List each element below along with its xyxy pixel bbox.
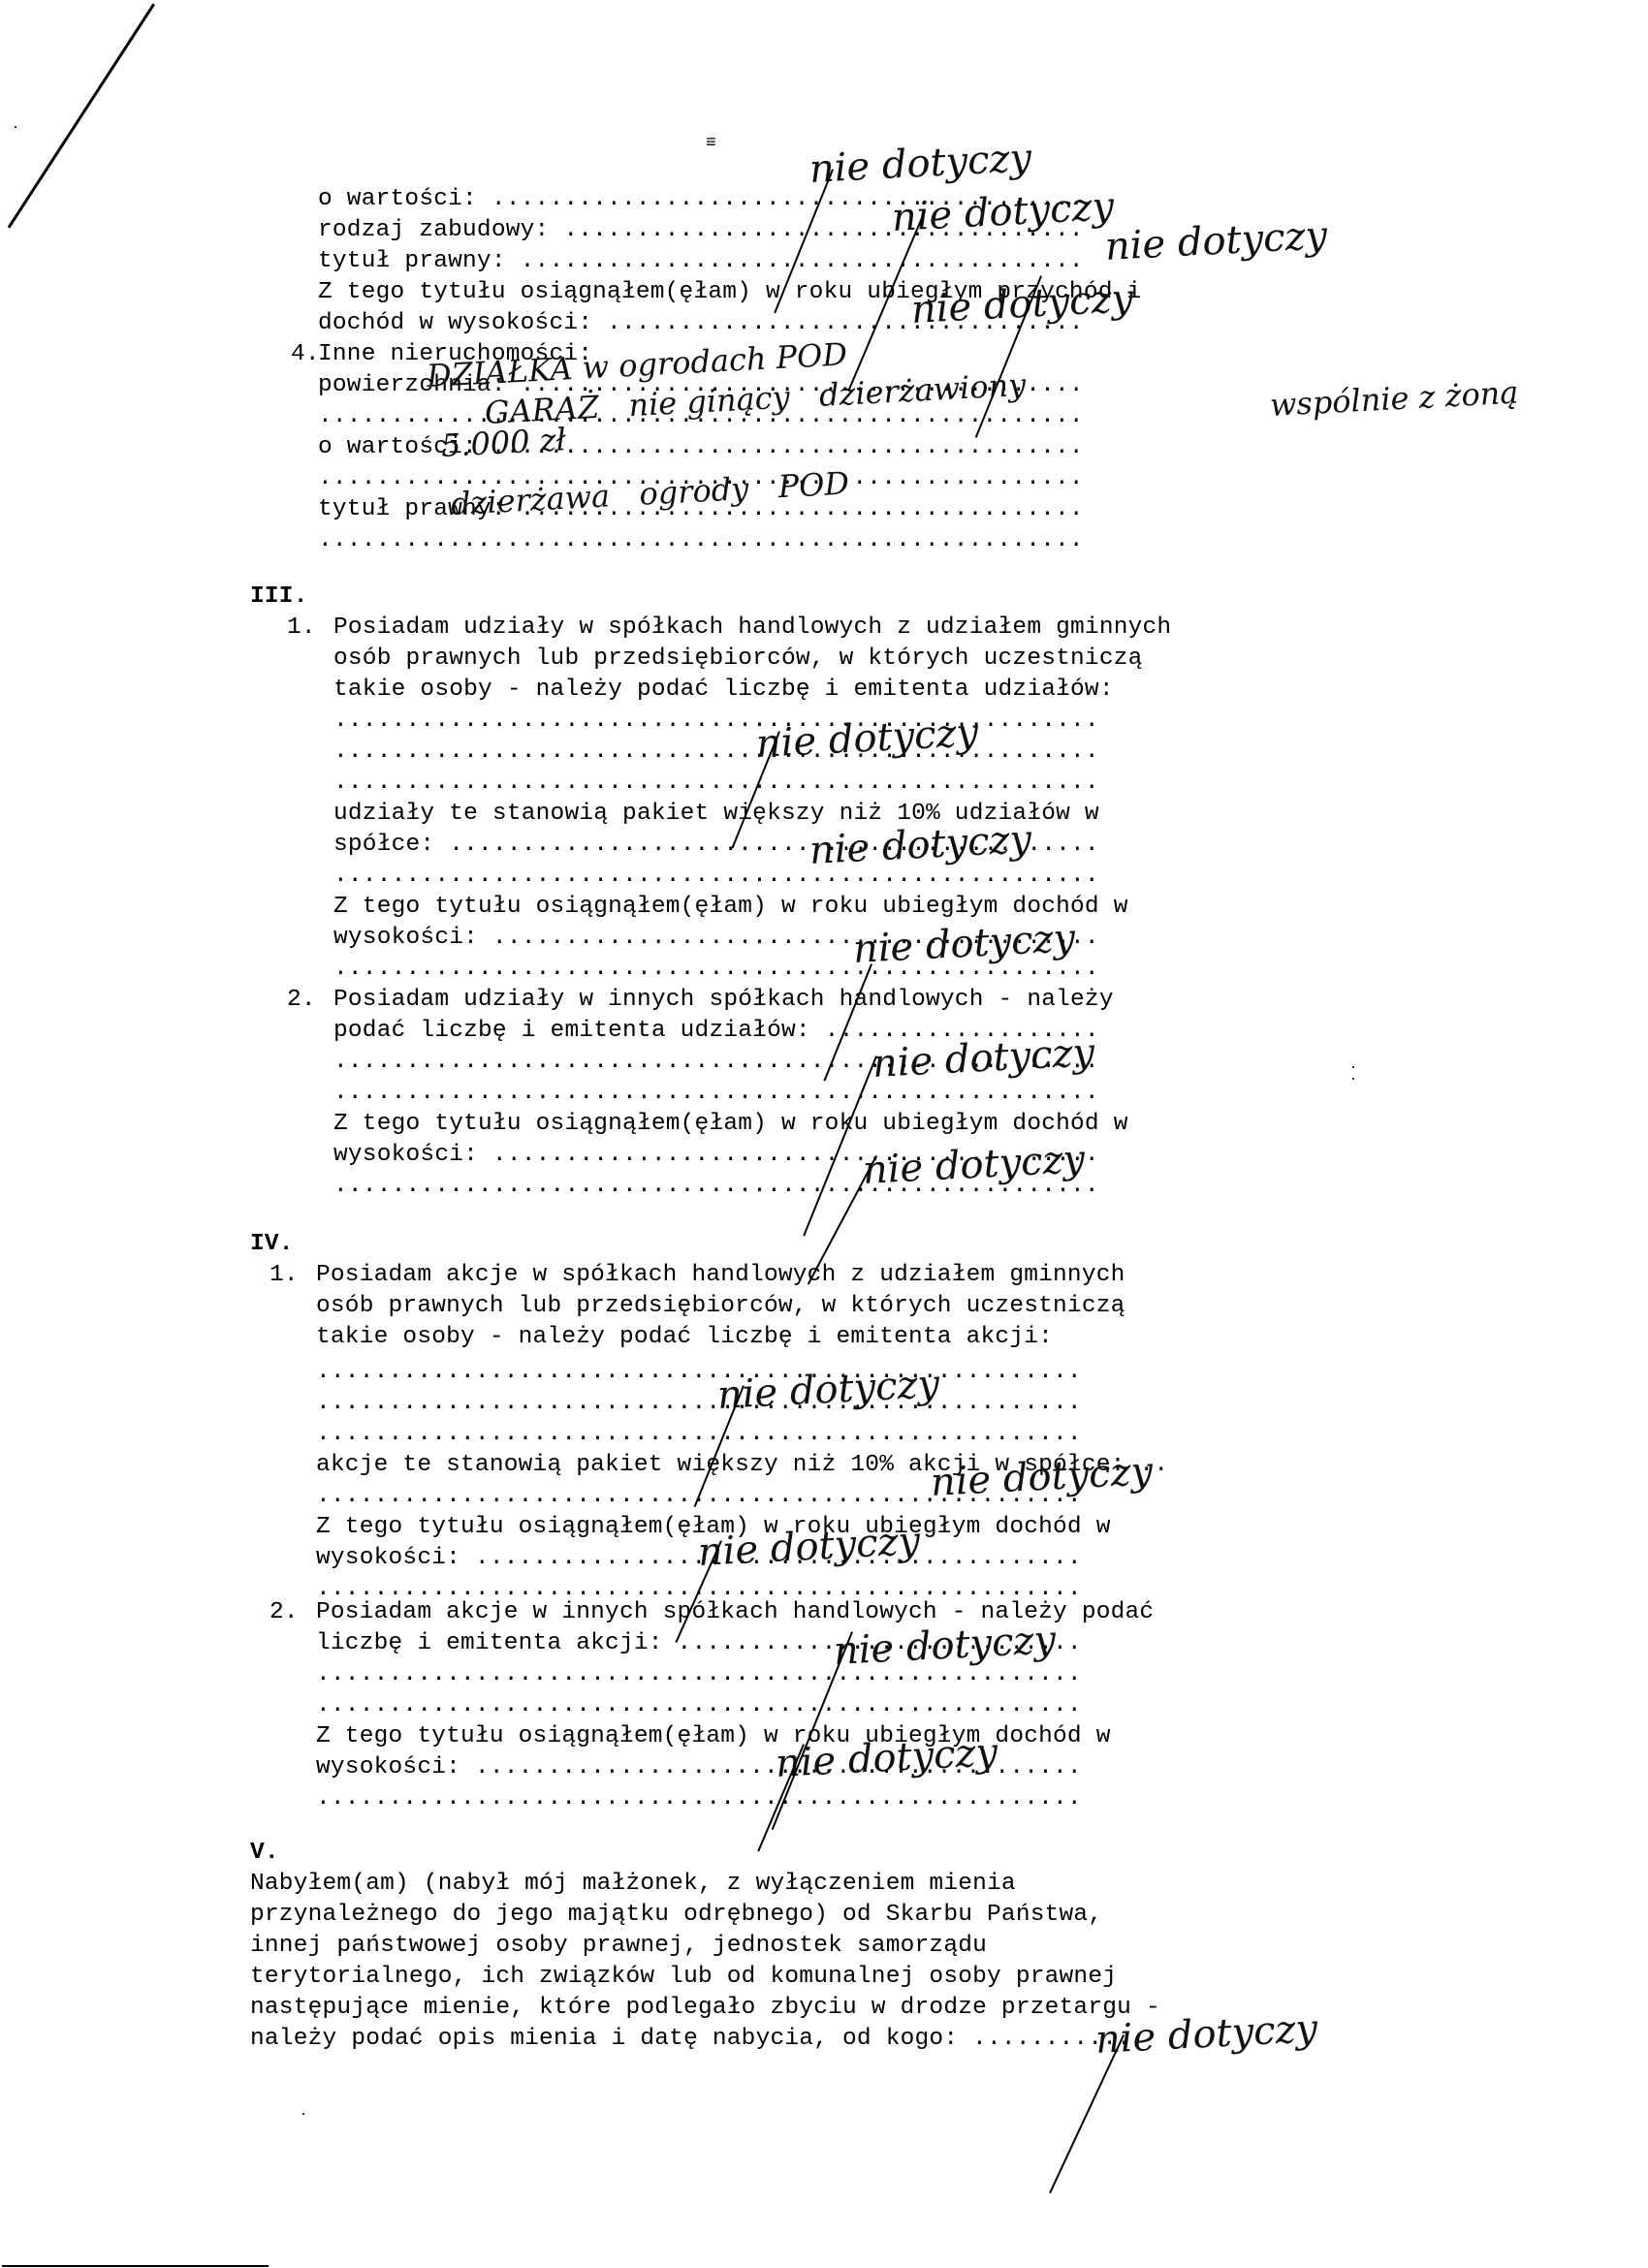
dotted-line: ........................................… [316,1388,1082,1419]
dotted-line: ........................................… [333,737,1099,768]
question-text: takie osoby - należy podać liczbę i emit… [333,675,1114,706]
handwritten-answer: nie dotyczy [697,1522,921,1572]
dotted-line: ........................................… [333,861,1099,892]
dotted-line: ........................................… [316,1783,1082,1814]
item-number: 4. [291,339,320,370]
margin-stroke [8,3,155,228]
dotted-line: ........................................… [333,1078,1099,1109]
handwritten-answer: nie dotyczy [862,1140,1086,1190]
dotted-line: ........................................… [333,768,1099,799]
field-legal-title: tytuł prawny: ..........................… [318,246,1084,277]
question-text: Posiadam udziały w spółkach handlowych z… [333,613,1171,644]
paragraph-line: terytorialnego, ich związków lub od komu… [250,1962,1117,1993]
item-number: 1. [269,1260,299,1291]
item-number: 2. [269,1597,299,1628]
dotted-line: ........................................… [333,706,1099,737]
handwritten-note: wspólnie z żoną [1269,373,1519,425]
question-text: osób prawnych lub przedsiębiorców, w któ… [333,644,1143,675]
handwritten-answer: nie dotyczy [716,1365,940,1415]
item-number: 1. [287,613,316,644]
handwritten-value: 5.000 zł [440,420,567,465]
handwritten-answer: nie dotyczy [1094,2009,1318,2060]
section-heading: IV. [250,1229,294,1260]
handwritten-answer: nie dotyczy [808,139,1032,189]
handwritten-answer: nie dotyczy [808,820,1032,870]
handwritten-answer: nie dotyczy [872,1033,1095,1084]
question-text: osób prawnych lub przedsiębiorców, w któ… [316,1291,1125,1322]
dotted-line: ........................................… [316,1357,1082,1388]
scan-speck [302,2113,304,2115]
handwritten-answer: nie dotyczy [852,919,1076,969]
paragraph-line: następujące mienie, które podlegało zbyc… [250,1993,1160,2024]
item-number: 2. [287,985,316,1016]
page-mark: ≡ [706,128,716,159]
dotted-line: ........................................… [318,525,1084,556]
question-text: Posiadam udziały w innych spółkach handl… [333,985,1114,1016]
handwritten-answer: nie dotyczy [833,1621,1057,1671]
dotted-line: ........................................… [316,1419,1082,1450]
paragraph-line: przynależnego do jego majątku odrębnego)… [250,1900,1102,1931]
question-text: Z tego tytułu osiągnąłem(ęłam) w roku ub… [333,1109,1128,1140]
paragraph-line: innej państwowej osoby prawnej, jednoste… [250,1931,987,1962]
handwritten-answer: nie dotyczy [755,713,979,764]
dotted-line: ........................................… [316,1690,1082,1721]
question-text: Posiadam akcje w spółkach handlowych z u… [316,1260,1125,1291]
paragraph-line: należy podać opis mienia i datę nabycia,… [250,2024,1131,2055]
section-heading: V. [250,1838,279,1869]
paragraph-line: Nabyłem(am) (nabył mój małżonek, z wyłąc… [250,1869,1016,1900]
section-heading: III. [250,582,308,613]
handwritten-answer: nie dotyczy [1104,216,1328,267]
scan-edge-line [2,2265,269,2267]
scan-speck [15,126,16,128]
field-value: o wartości: ............................… [318,432,1084,463]
question-text: takie osoby - należy podać liczbę i emit… [316,1322,1053,1353]
question-text: Z tego tytułu osiągnąłem(ęłam) w roku ub… [333,892,1128,923]
handwritten-answer: nie dotyczy [930,1452,1154,1502]
scan-speck [1352,1078,1354,1080]
scan-speck [1352,1066,1354,1068]
pen-stroke [1049,2034,1125,2193]
